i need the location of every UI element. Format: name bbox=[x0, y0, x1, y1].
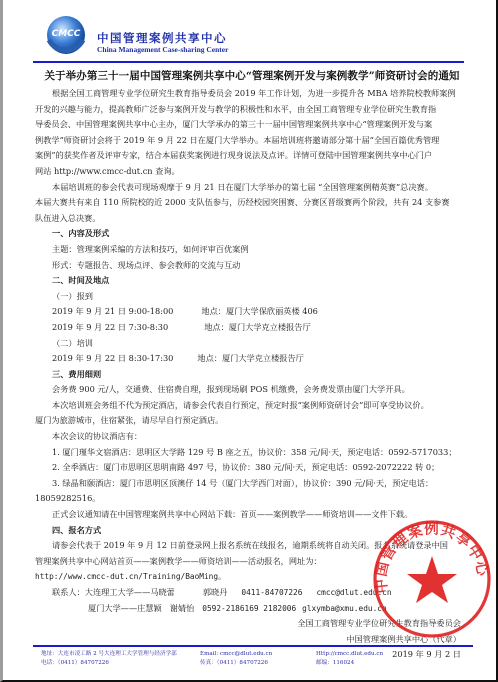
contact-email-link[interactable]: cmcc@dlut.edu.cn bbox=[316, 588, 391, 597]
intro-line: 案例”的获奖作者及评审专家，结合本届获奖案例进行现身说法及点评。详情可登陆中国管… bbox=[35, 148, 465, 164]
brand-name-en: China Management Case-sharing Center bbox=[97, 45, 228, 54]
svg-text:CMCC: CMCC bbox=[52, 29, 81, 39]
section-heading-time-place: 二、时间及地点 bbox=[35, 273, 465, 289]
competition-line: 本届大赛共有来自 110 所院校的近 2000 支队伍参与，历经校园突围赛、分赛… bbox=[35, 195, 465, 211]
hotels-intro: 本次会议的协议酒店有： bbox=[35, 429, 465, 445]
hotel-item: 2. 全季酒店：厦门市思明区思明南路 497 号，协议价：380 元/间·天，预… bbox=[35, 460, 465, 476]
letterhead: CMCC 中国管理案例共享中心 China Management Case-sh… bbox=[33, 12, 473, 62]
contact-label: 联系人： bbox=[52, 587, 85, 597]
hotel-item: 1. 厦门瑾华文宿酒店：思明区大学路 129 号 B 座之五，协议价：358 元… bbox=[35, 445, 465, 461]
registration-text: 管理案例共享中心网站首页——案例教学——师资培训——活动报名，网址为： bbox=[35, 554, 465, 570]
document-page: CMCC 中国管理案例共享中心 China Management Case-sh… bbox=[0, 0, 498, 682]
contact-org: 厦门大学——庄慧颖 bbox=[88, 603, 162, 613]
footer-postcode: 邮编：116024 bbox=[316, 659, 383, 668]
footer-col-contact: Email: cmcc@dlut.edu.cn 传真：（0411）8470722… bbox=[200, 650, 272, 668]
contact-phone: 0411-84707226 bbox=[241, 588, 302, 597]
contact-name: 郭晓丹 bbox=[203, 587, 228, 597]
subheading-training: （二）培训 bbox=[35, 336, 465, 352]
footer-col-web: Http://cmcc.dlut.edu.cn 邮编：116024 bbox=[316, 650, 383, 668]
schedule-place: 地点：厦门大学克立楼报告厅 bbox=[197, 353, 303, 363]
brand-name-cn: 中国管理案例共享中心 bbox=[97, 30, 227, 46]
footer-divider bbox=[33, 645, 473, 647]
hotel-item: 3. 绿晶和颐酒店：厦门市思明区顶澳仔 14 号（厦门大学西门对面），协议价：3… bbox=[35, 476, 465, 492]
footer-address: 地址：大连市凌工路 2 号大连理工大学管理与经济学部 bbox=[41, 650, 177, 659]
schedule-time: 2019 年 9 月 21 日 9:00-18:00 bbox=[52, 306, 173, 316]
schedule-place: 地点：厦门大学克立楼报告厅 bbox=[204, 322, 310, 332]
schedule-row: 2019 年 9 月 21 日 9:00-18:00地点：厦门大学保欣丽英楼 4… bbox=[35, 304, 465, 320]
cmcc-globe-logo-icon: CMCC bbox=[45, 14, 87, 56]
subheading-checkin: （一）报到 bbox=[35, 289, 465, 305]
intro-line: 例教学”师资研讨会将于 2019 年 9 月 22 日在厦门大学举办。本届培训班… bbox=[35, 133, 465, 149]
footer-phone: 电话：（0411）84707226 bbox=[41, 659, 177, 668]
hotel-note: 本次培训班会务组不代为预定酒店，请参会代表自行预定，预定时报“案例师资研讨会”即… bbox=[35, 398, 465, 414]
contact-email-link[interactable]: glxymba@xmu.edu.cn bbox=[302, 604, 387, 613]
contact-row: 联系人：大连理工大学——马晓蕾郭晓丹0411-84707226cmcc@dlut… bbox=[35, 585, 465, 601]
footer-email-link[interactable]: Email: cmcc@dlut.edu.cn bbox=[200, 650, 272, 659]
intro-line: 开发的兴趣与能力，提高教师广泛参与案例开发与教学的积极性和水平，由全国工商管理专… bbox=[35, 102, 465, 118]
intro-line: 导委员会、中国管理案例共享中心主办，厦门大学承办的第三十一届中国管理案例共享中心… bbox=[35, 117, 465, 133]
competition-line: 本届培训班的参会代表可现场观摩于 9 月 21 日在厦门大学举办的第七届 “全国… bbox=[35, 180, 465, 196]
hotel-phone: 18059282516。 bbox=[35, 491, 465, 507]
schedule-row: 2019 年 9 月 22 日 8:30-17:30地点：厦门大学克立楼报告厅 bbox=[35, 351, 465, 367]
footer-col-address: 地址：大连市凌工路 2 号大连理工大学管理与经济学部 电话：（0411）8470… bbox=[41, 650, 177, 668]
section1-theme: 主题：管理案例采编的方法和技巧，如何评审百优案例 bbox=[35, 242, 465, 258]
contact-name: 谢婧怡 bbox=[170, 603, 195, 613]
schedule-row: 2019 年 9 月 22 日 7:30-8:30地点：厦门大学克立楼报告厅 bbox=[35, 320, 465, 336]
section-heading-content: 一、内容及形式 bbox=[35, 226, 465, 242]
footer-website-link[interactable]: Http://cmcc.dlut.edu.cn bbox=[316, 650, 383, 659]
footer-fax: 传真：（0411）84707226 bbox=[200, 659, 272, 668]
signature-org1: 全国工商管理专业学位研究生教育指导委员会 bbox=[35, 616, 465, 632]
fee-text: 会务费 900 元/人，交通费、住宿费自理，报到现场刷 POS 机缴费，会务费发… bbox=[35, 382, 465, 398]
competition-line: 队伍进入总决赛。 bbox=[35, 211, 465, 227]
download-info: 正式会议通知请在中国管理案例共享中心网站下载：首页——案例教学——师资培训——文… bbox=[35, 507, 465, 523]
schedule-time: 2019 年 9 月 22 日 7:30-8:30 bbox=[52, 322, 168, 332]
contact-phone: 0592-2186169 2182006 bbox=[202, 604, 296, 613]
notice-title: 关于举办第三十一届中国管理案例共享中心“管理案例开发与案例教学”师资研讨会的通知 bbox=[3, 68, 498, 83]
contact-org: 大连理工大学——马晓蕾 bbox=[85, 587, 175, 597]
intro-website-line: 网站 http://www.cmcc-dut.cn 查询。 bbox=[35, 164, 465, 180]
hotel-note: 厦门为旅游城市，住宿紧张，请尽早自行预定酒店。 bbox=[35, 413, 465, 429]
section1-format: 形式：专题报告、现场点评、参会教师的交流与互动 bbox=[35, 258, 465, 274]
intro-line: 根据全国工商管理专业学位研究生教育指导委员会 2019 年工作计划，为进一步提升… bbox=[35, 86, 465, 102]
notice-body: 根据全国工商管理专业学位研究生教育指导委员会 2019 年工作计划，为进一步提升… bbox=[35, 86, 465, 663]
section-heading-registration: 四、报名方式 bbox=[35, 523, 465, 539]
section-heading-fees: 三、费用细则 bbox=[35, 367, 465, 383]
registration-text: 请参会代表于 2019 年 9 月 12 日前登录网上报名系统在线报名，逾期系统… bbox=[35, 538, 465, 554]
schedule-time: 2019 年 9 月 22 日 8:30-17:30 bbox=[52, 353, 173, 363]
header-divider bbox=[33, 61, 464, 63]
schedule-place: 地点：厦门大学保欣丽英楼 406 bbox=[201, 306, 317, 316]
registration-url-link[interactable]: http://www.cmcc-dut.cn/Training/BaoMing。 bbox=[35, 569, 465, 585]
contact-row: 厦门大学——庄慧颖谢婧怡0592-2186169 2182006glxymba@… bbox=[35, 601, 465, 617]
